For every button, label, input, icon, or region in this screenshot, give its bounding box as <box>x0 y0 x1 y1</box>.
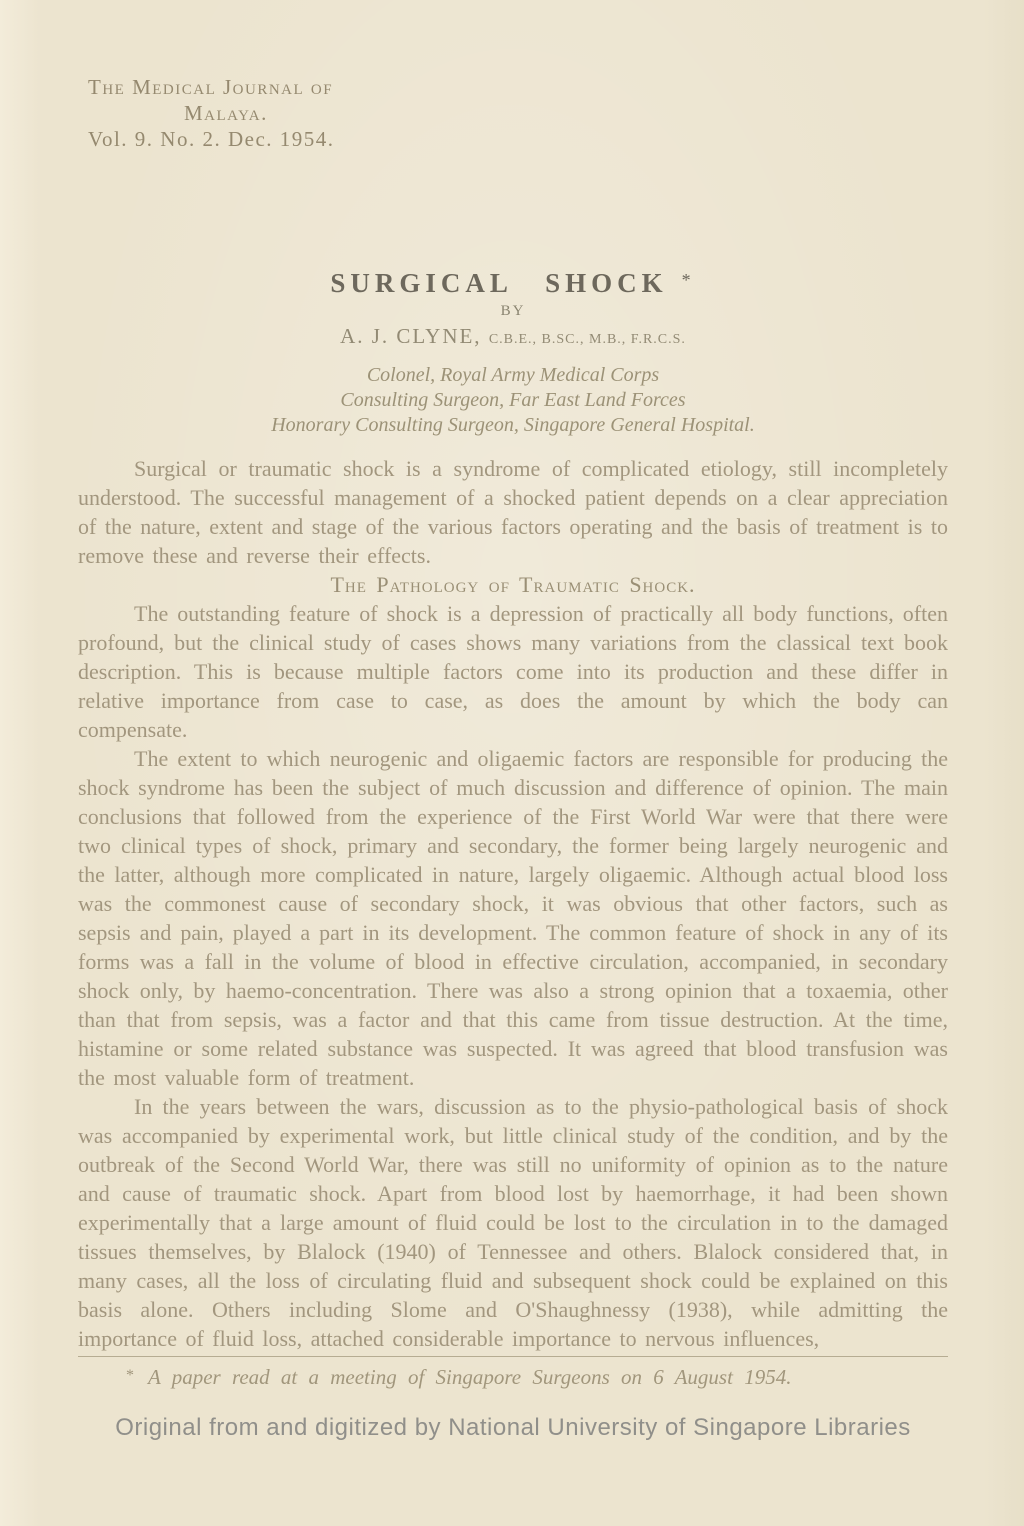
affiliation-line: Consulting Surgeon, Far East Land Forces <box>78 388 948 413</box>
article-body: Surgical or traumatic shock is a syndrom… <box>78 454 948 1353</box>
affiliation-line: Colonel, Royal Army Medical Corps <box>78 363 948 388</box>
digitization-credit: Original from and digitized by National … <box>78 1414 948 1442</box>
paragraph: The outstanding feature of shock is a de… <box>78 599 948 744</box>
article-title-text: SURGICAL SHOCK <box>330 268 667 298</box>
section-heading: The Pathology of Traumatic Shock. <box>78 570 948 599</box>
scanned-journal-page: The Medical Journal of Malaya. Vol. 9. N… <box>0 0 1024 1526</box>
author-affiliations: Colonel, Royal Army Medical Corps Consul… <box>78 363 948 438</box>
author-name: A. J. CLYNE, <box>340 324 481 348</box>
footnote-text: A paper read at a meeting of Singapore S… <box>148 1365 791 1389</box>
footnote-divider <box>78 1356 948 1357</box>
title-footnote-marker: * <box>682 270 696 290</box>
paragraph: The extent to which neurogenic and oliga… <box>78 744 948 1092</box>
author-line: A. J. CLYNE, C.B.E., B.SC., M.B., F.R.C.… <box>78 324 948 349</box>
journal-volume-line: Vol. 9. No. 2. Dec. 1954. <box>88 126 948 152</box>
title-block: SURGICAL SHOCK* BY A. J. CLYNE, C.B.E., … <box>78 268 948 349</box>
affiliation-line: Honorary Consulting Surgeon, Singapore G… <box>78 413 948 438</box>
footnote: *A paper read at a meeting of Singapore … <box>126 1365 948 1390</box>
paragraph: In the years between the wars, discussio… <box>78 1092 948 1353</box>
journal-title-line2: Malaya. <box>184 100 948 126</box>
journal-header: The Medical Journal of Malaya. Vol. 9. N… <box>88 74 948 152</box>
footnote-marker: * <box>126 1367 134 1384</box>
journal-title-line: The Medical Journal of <box>88 74 948 100</box>
paragraph: Surgical or traumatic shock is a syndrom… <box>78 454 948 570</box>
byline-label: BY <box>78 303 948 320</box>
article-title: SURGICAL SHOCK* <box>78 268 948 299</box>
author-credentials: C.B.E., B.SC., M.B., F.R.C.S. <box>489 332 686 347</box>
